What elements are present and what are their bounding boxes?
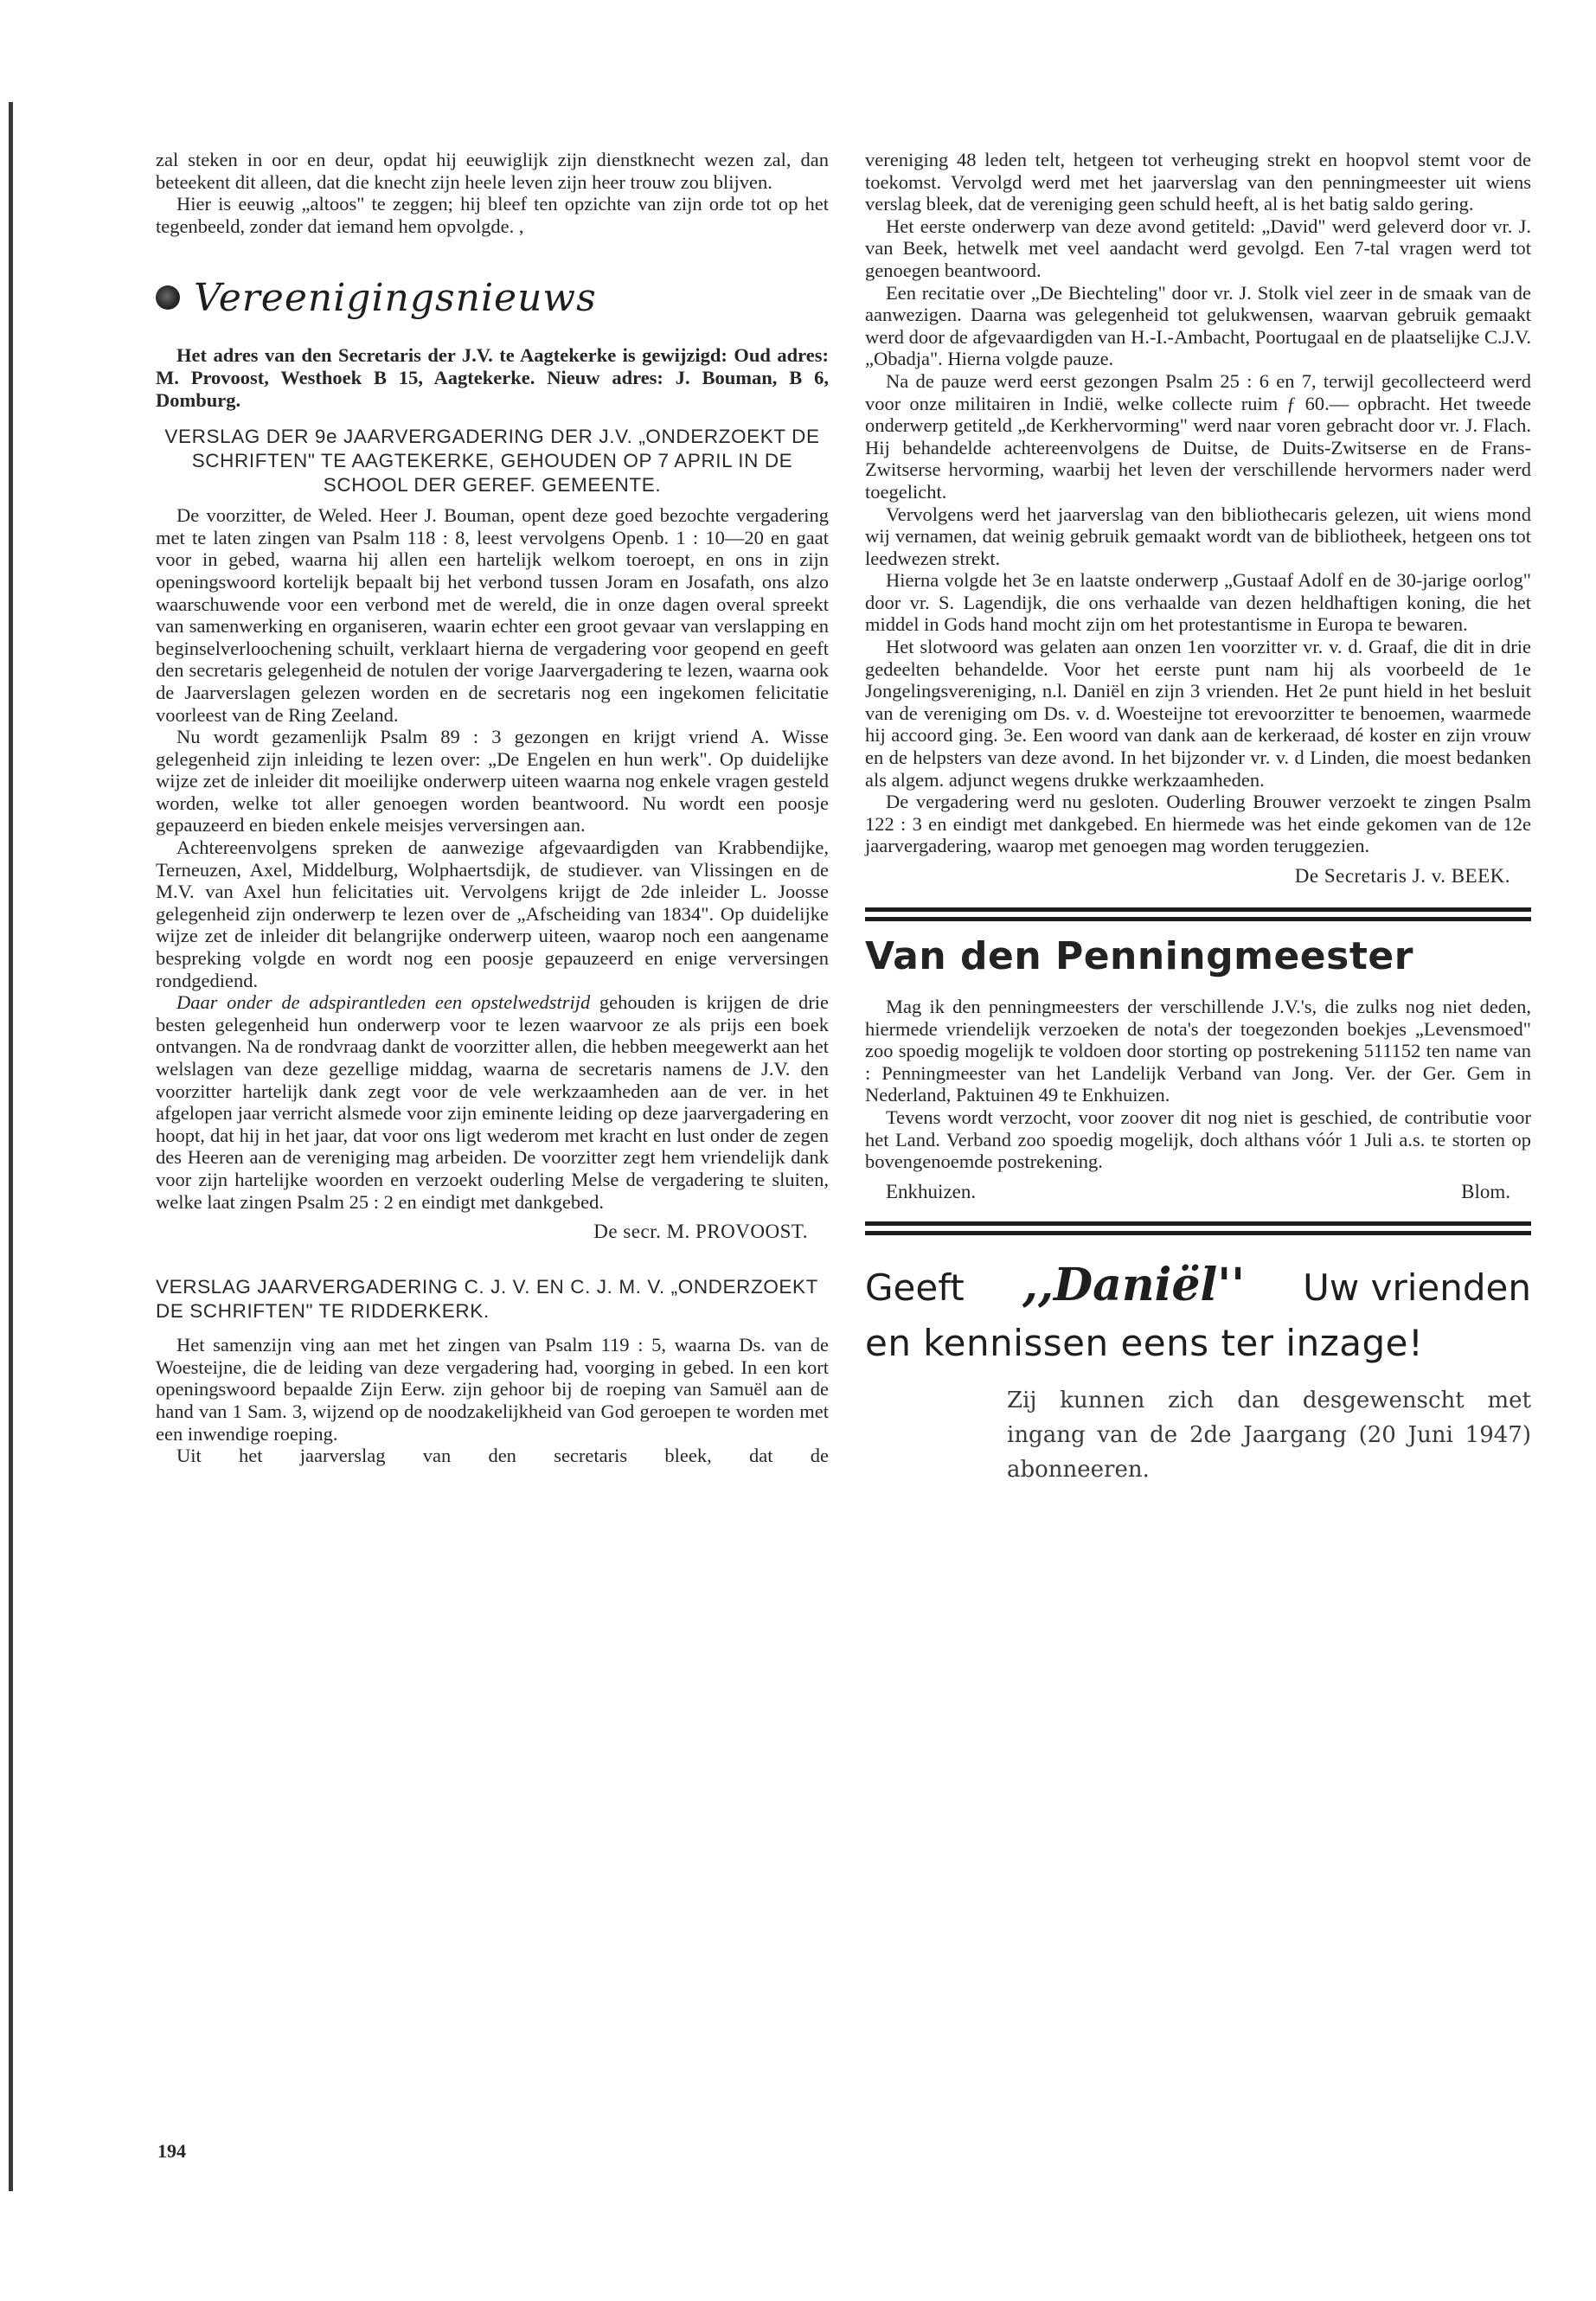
advert-subtext: Zij kunnen zich dan desgewenscht met ing…	[1007, 1383, 1531, 1487]
ornament-bullet-icon	[156, 285, 180, 310]
left-column: zal steken in oor en deur, opdat hij eeu…	[156, 149, 829, 1467]
report-paragraph: Het eerste onderwerp van deze avond geti…	[865, 215, 1531, 282]
page-margin-bar	[9, 102, 13, 2191]
section-heading: Vereenigingsnieuws	[156, 273, 829, 322]
report-paragraph: Achtereenvolgens spreken de aanwezige af…	[156, 836, 829, 991]
treasurer-paragraph: Tevens wordt verzocht, voor zoover dit n…	[865, 1106, 1531, 1173]
report-paragraph: Nu wordt gezamenlijk Psalm 89 : 3 gezong…	[156, 726, 829, 836]
double-rule-divider	[865, 1221, 1531, 1235]
advert-word: Geeft	[865, 1260, 965, 1316]
report-paragraph: Een recitatie over „De Biechteling" door…	[865, 282, 1531, 370]
report-paragraph: Het samenzijn ving aan met het zingen va…	[156, 1334, 829, 1445]
address-notice: Het adres van den Secretaris der J.V. te…	[156, 344, 829, 411]
report-paragraph: vereniging 48 leden telt, hetgeen tot ve…	[865, 149, 1531, 215]
right-column: vereniging 48 leden telt, hetgeen tot ve…	[865, 149, 1531, 1487]
closing-name: Blom.	[1461, 1180, 1510, 1204]
report-paragraph: Vervolgens werd het jaarverslag van den …	[865, 503, 1531, 570]
report-paragraph: Hierna volgde het 3e en laatste onderwer…	[865, 569, 1531, 636]
advert-word: Uw vrienden	[1303, 1260, 1531, 1316]
report-paragraph: Na de pauze werd eerst gezongen Psalm 25…	[865, 370, 1531, 503]
treasurer-closing: Enkhuizen. Blom.	[886, 1180, 1510, 1204]
italic-lead: Daar onder de adspirantleden een opstelw…	[176, 991, 590, 1013]
intro-paragraph: Hier is eeuwig „altoos" te zeggen; hij b…	[156, 193, 829, 237]
double-rule-divider	[865, 907, 1531, 921]
report-paragraph: De vergadering werd nu gesloten. Ouderli…	[865, 791, 1531, 857]
advert-headline: Geeft ,,Daniël'' Uw vrienden	[865, 1258, 1531, 1316]
advert-magazine-name: ,,Daniël''	[1022, 1258, 1245, 1313]
signature: De secr. M. PROVOOST.	[156, 1220, 808, 1244]
report-paragraph: Uit het jaarverslag van den secretaris b…	[156, 1445, 829, 1467]
paragraph-rest: gehouden is krijgen de drie besten geleg…	[156, 991, 829, 1212]
treasurer-title: Van den Penningmeester	[865, 933, 1531, 980]
intro-paragraph: zal steken in oor en deur, opdat hij eeu…	[156, 149, 829, 193]
report-heading: VERSLAG DER 9e JAARVERGADERING DER J.V. …	[163, 425, 822, 497]
signature: De Secretaris J. v. BEEK.	[865, 864, 1510, 888]
treasurer-paragraph: Mag ik den penningmeesters der verschill…	[865, 996, 1531, 1106]
report-paragraph: De voorzitter, de Weled. Heer J. Bouman,…	[156, 504, 829, 726]
section-title: Vereenigingsnieuws	[194, 276, 597, 320]
page-number: 194	[157, 2140, 186, 2163]
report-paragraph: Het slotwoord was gelaten aan onzen 1en …	[865, 636, 1531, 791]
report-paragraph: Daar onder de adspirantleden een opstelw…	[156, 991, 829, 1213]
advert-headline-line2: en kennissen eens ter inzage!	[865, 1316, 1531, 1371]
report-heading: VERSLAG JAARVERGADERING C. J. V. EN C. J…	[156, 1275, 829, 1324]
closing-place: Enkhuizen.	[886, 1180, 976, 1204]
